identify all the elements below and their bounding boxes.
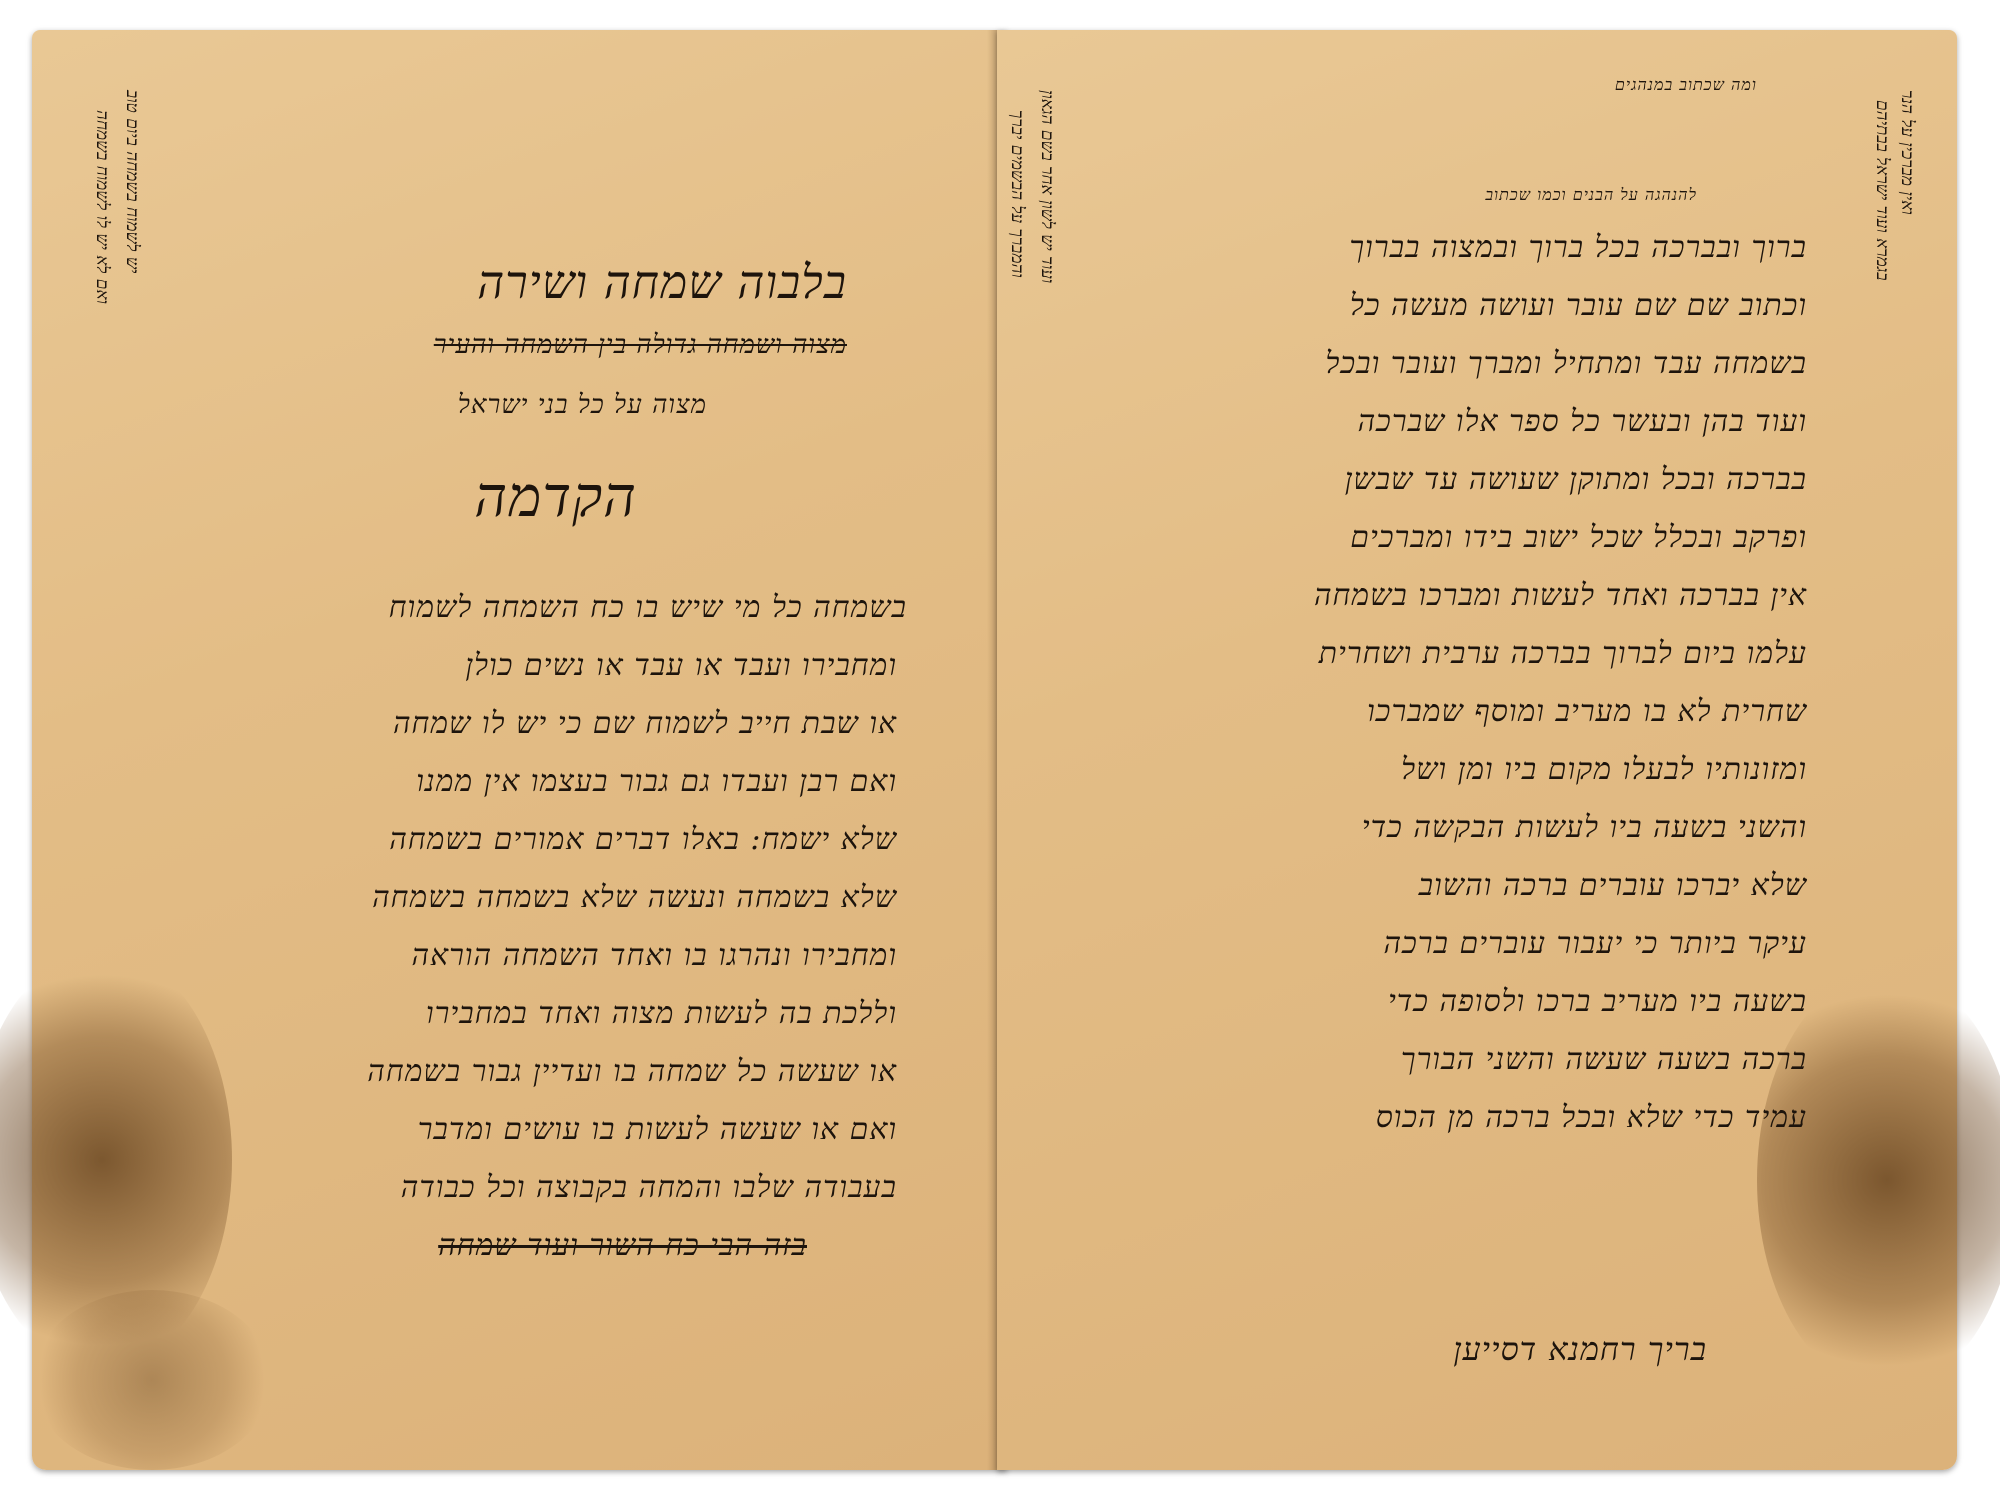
text-line: והשני בשעה ביו לעשות הבקשה כדי (1362, 810, 1807, 845)
text-line: בשמחה כל מי שיש בו כח השמחה לשמוח (389, 590, 907, 625)
top-note: להנהגה על הבנים וכמו שכתוב (1485, 185, 1697, 205)
margin-note: יש לשמוח בשמחה ביום טוב (122, 90, 142, 273)
text-line: שלא בשמחה ונעשה שלא בשמחה בשמחה (372, 880, 897, 915)
text-line: בשמחה עבד ומתחיל ומברך ועובר ובכל (1325, 346, 1807, 381)
text-line: ואם רבן ועבדו גם גבור בעצמו אין ממנו (416, 764, 897, 799)
text-line: או שעשה כל שמחה בו ועדיין גבור בשמחה (367, 1054, 897, 1089)
text-line: בשעה ביו מעריב ברכו ולסופה כדי (1388, 984, 1807, 1019)
text-line: ברכה בשעה שעשה והשני הבורך (1401, 1042, 1807, 1077)
text-line: עלמו ביום לברוך בברכה ערבית ושחרית (1319, 636, 1807, 671)
text-line: בזה הבי כח השור ועוד שמחה (438, 1228, 807, 1263)
right-page: להנהגה על הבנים וכמו שכתוב ועוד יש לשון … (997, 30, 1957, 1470)
text-line: ומחבירו ונהרגו בו ואחד השמחה הוראה (411, 938, 897, 973)
text-line: עיקר ביותר כי יעבור עוברים ברכה (1384, 926, 1807, 961)
heading-line: בלבוה שמחה ושירה (477, 255, 847, 309)
text-line: ומחבירו ועבד או עבד או נשים כולן (465, 648, 897, 683)
colophon: בריך רחמנא דסייען (1453, 1330, 1707, 1368)
heading-line: מצוה ושמחה גדולה בין השמחה והעיר (434, 330, 847, 360)
margin-note: ועוד יש לשון אחר בשם הגאון (1037, 90, 1057, 283)
text-line: ברוך ובברכה בכל ברוך ובמצוה בברוך (1349, 230, 1807, 265)
text-line: ואם או שעשה לעשות בו עושים ומדבר (418, 1112, 897, 1147)
text-line: בעבודה שלבו והמחה בקבוצה וכל כבודה (401, 1170, 897, 1205)
text-line: אין בברכה ואחד לעשות ומברכו בשמחה (1314, 578, 1807, 613)
text-line: שחרית לא בו מעריב ומוסף שמברכו (1367, 694, 1807, 729)
margin-note: ומה שכתוב במנהגים (1615, 75, 1757, 95)
open-manuscript: יש לשמוח בשמחה ביום טוב ואם לא יש לו לשמ… (22, 30, 1972, 1480)
margin-note: ואין מברכין על הנר (1897, 90, 1917, 215)
text-line: בברכה ובכל ומתוקן שעושה עד שבשן (1345, 462, 1807, 497)
heading-line: מצוה על כל בני ישראל (458, 390, 707, 420)
section-title: הקדמה (474, 465, 637, 530)
text-line: וללכת בה לעשות מצוה ואחד במחבירו (426, 996, 897, 1031)
text-line: שלא יברכו עוברים ברכה והשוב (1419, 868, 1807, 903)
text-line: וכתוב שם שם עובר ועושה מעשה כל (1350, 288, 1807, 323)
text-line: או שבת חייב לשמוח שם כי יש לו שמחה (393, 706, 897, 741)
water-stain (1757, 970, 2000, 1390)
text-line: שלא ישמח: באלו דברים אמורים בשמחה (389, 822, 897, 857)
text-line: ועוד בהן ובעשר כל ספר אלו שברכה (1358, 404, 1807, 439)
text-line: ומזונותיו לבעלו מקום ביו ומן ושל (1401, 752, 1807, 787)
margin-note: בגמרא ועוד ישראל בבתיהם (1872, 100, 1892, 281)
margin-note: ואם לא יש לו לשמוח בשמחה (92, 110, 112, 304)
margin-note: והמברך על הבשמים יברך (1007, 110, 1027, 278)
left-page: יש לשמוח בשמחה ביום טוב ואם לא יש לו לשמ… (32, 30, 1007, 1470)
text-line: עמיד כדי שלא ובכל ברכה מן הכוס (1376, 1100, 1807, 1135)
water-stain (32, 1290, 272, 1470)
text-line: ופרקב ובכלל שכל ישוב בידו ומברכים (1350, 520, 1807, 555)
